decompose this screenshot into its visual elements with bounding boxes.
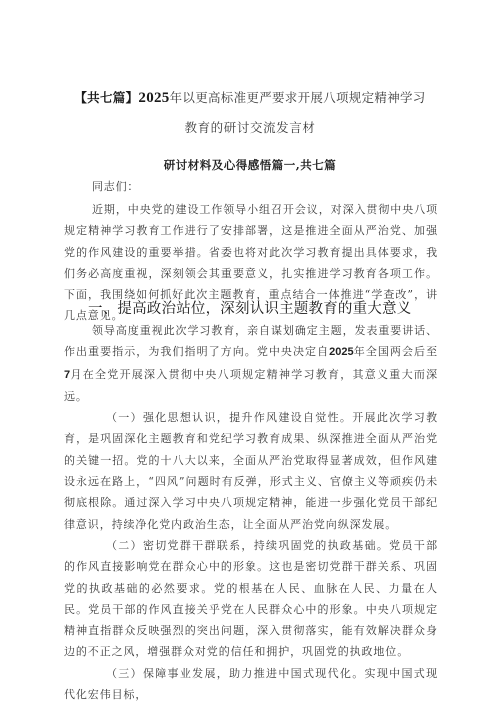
document-subtitle: 研讨材料及心得感悟篇一,共七篇 (0, 157, 500, 173)
point-label: （一） (106, 411, 143, 424)
point-paragraph-2: （二）密切党群干群联系，持续巩固党的执政基础。党员干部的作风直接影响党在群众心中… (64, 535, 438, 663)
point-label: （二） (106, 539, 143, 552)
lead-text-part: 年全国两会后至 (354, 345, 438, 358)
document-title-line-1: 【共七篇】2025年以更高标准更严要求开展八项规定精神学习 (0, 88, 500, 107)
lead-year: 2025 (329, 346, 353, 358)
document-title-line-2: 教育的研讨交流发言材 (0, 118, 500, 136)
point-paragraph-1: （一）强化思想认识，提升作风建设自觉性。开展此次学习教育，是巩固深化主题教育和党… (64, 407, 438, 535)
point-label: （三） (106, 667, 143, 680)
greeting: 同志们： (92, 178, 139, 194)
section-heading-1: 一、提高政治站位，深刻认识主题教育的重大意义 (88, 297, 411, 318)
section-1-body: 领导高度重视此次学习教育，亲自谋划确定主题，发表重要讲话、作出重要指示，为我们指… (64, 320, 438, 705)
point-paragraph-3: （三）保障事业发展，助力推进中国式现代化。实现中国式现代化宏伟目标， (64, 663, 438, 706)
point-text: 密切党群干群联系，持续巩固党的执政基础。党员干部的作风直接影响党在群众心中的形象… (64, 539, 438, 658)
title-year: 2025 (138, 90, 169, 106)
title-rest: 年以更高标准更严要求开展八项规定精神学习 (170, 90, 426, 105)
point-text: 强化思想认识，提升作风建设自觉性。开展此次学习教育，是巩固深化主题教育和党纪学习… (64, 411, 438, 530)
lead-text-part: 月在全党开展深入贯彻中央八项规定精神学习教育，其意义重大而深远。 (64, 368, 438, 403)
section-lead-paragraph: 领导高度重视此次学习教育，亲自谋划确定主题，发表重要讲话、作出重要指示，为我们指… (64, 320, 438, 407)
title-prefix: 【共七篇】 (74, 90, 138, 105)
document-page: 【共七篇】2025年以更高标准更严要求开展八项规定精神学习 教育的研讨交流发言材… (0, 0, 500, 707)
